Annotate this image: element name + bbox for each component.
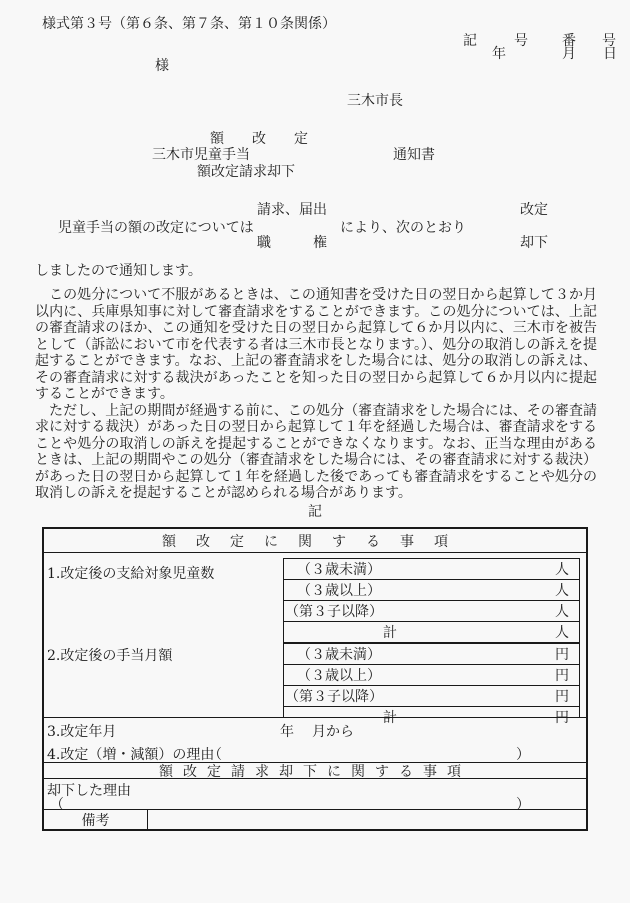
age-band-label: （３歳未満） xyxy=(284,644,555,664)
revision-date-and-reason-section: 3.改定年月 年 月から 4.改定（増・減額）の理由 （ ） xyxy=(44,718,586,762)
opening-lead: 児童手当の額の改定については xyxy=(58,221,254,236)
title-main-left: 三木市児童手当 xyxy=(152,148,250,163)
age-band-label: （第３子以降） xyxy=(284,601,555,621)
details-table: 額改定に関する事項 1.改定後の支給対象児童数 2.改定後の手当月額 （３歳未満… xyxy=(42,527,588,831)
unit-label: 人 xyxy=(555,622,579,642)
row3-year-label: 年 xyxy=(280,721,294,741)
table-row: （３歳未満） 円 xyxy=(284,644,579,665)
age-band-label: （３歳以上） xyxy=(284,665,555,685)
rejection-paren-open: （ xyxy=(50,794,64,814)
unit-label: 人 xyxy=(555,580,579,600)
table-row: （第３子以降） 人 xyxy=(284,601,579,622)
row1-label: 1.改定後の支給対象児童数 xyxy=(47,563,214,583)
section2-header: 額改定請求却下に関する事項 xyxy=(44,762,586,779)
opening-closing: しましたので通知します。 xyxy=(35,264,202,279)
age-band-label: （第３子以降） xyxy=(284,686,555,706)
choice-action-bottom: 却下 xyxy=(520,236,548,251)
sender-name: 三木市長 xyxy=(347,94,403,109)
rejection-paren-close: ） xyxy=(516,794,530,814)
title-option-amount-revision: 額改定 xyxy=(210,132,336,147)
unit-label: 円 xyxy=(555,665,579,685)
opening-middle: により、次のとおり xyxy=(340,221,466,236)
row4-label: 4.改定（増・減額）の理由 xyxy=(47,744,214,764)
ref-number-char: 記 xyxy=(463,34,477,49)
row3-month-from-label: 月から xyxy=(312,721,354,741)
table-row: 計 人 xyxy=(284,622,579,643)
table-row: （３歳未満） 人 xyxy=(284,559,579,580)
table-row: （３歳以上） 人 xyxy=(284,580,579,601)
amount-rows: （３歳未満） 人 （３歳以上） 人 （第３子以降） 人 計 人 （３歳未満） 円 xyxy=(283,558,580,717)
row3-label: 3.改定年月 xyxy=(47,721,116,741)
unit-label: 円 xyxy=(555,686,579,706)
row4-paren-close: ） xyxy=(516,744,530,764)
unit-label: 円 xyxy=(555,644,579,664)
unit-label: 人 xyxy=(555,601,579,621)
form-number: 様式第３号（第６条、第７条、第１０条関係） xyxy=(42,17,336,32)
title-option-rejection: 額改定請求却下 xyxy=(197,165,295,180)
appeal-paragraph-1: この処分について不服があるときは、この通知書を受けた日の翌日から起算して３か月以… xyxy=(35,287,597,403)
children-and-amount-section: 1.改定後の支給対象児童数 2.改定後の手当月額 （３歳未満） 人 （３歳以上）… xyxy=(44,553,586,718)
remarks-section: 備考 xyxy=(44,810,586,829)
choice-basis-top: 請求、届出 xyxy=(257,203,327,218)
date-month-label: 月 xyxy=(562,47,576,62)
row2-label: 2.改定後の手当月額 xyxy=(47,645,172,665)
choice-action-top: 改定 xyxy=(520,203,548,218)
ki-marker: 記 xyxy=(0,501,630,521)
rejection-reason-section: 却下した理由 （ ） xyxy=(44,779,586,810)
date-day-label: 日 xyxy=(603,47,617,62)
unit-label: 人 xyxy=(555,559,579,579)
title-main-right: 通知書 xyxy=(393,148,435,163)
addressee-suffix: 様 xyxy=(155,59,169,74)
appeal-paragraph-2: ただし、上記の期間が経過する前に、この処分（審査請求をした場合には、その審査請求… xyxy=(35,403,597,502)
document-page: 様式第３号（第６条、第７条、第１０条関係） 記 号 番 号 年 月 日 様 三木… xyxy=(0,0,630,903)
choice-basis-bottom: 職 権 xyxy=(257,236,327,251)
table-row: （３歳以上） 円 xyxy=(284,665,579,686)
age-band-label: 計 xyxy=(284,622,555,642)
age-band-label: （３歳未満） xyxy=(284,559,555,579)
row4-paren-open: （ xyxy=(208,744,222,764)
date-year-label: 年 xyxy=(492,47,506,62)
section1-header: 額改定に関する事項 xyxy=(44,529,586,553)
age-band-label: （３歳以上） xyxy=(284,580,555,600)
appeal-instructions: この処分について不服があるときは、この通知書を受けた日の翌日から起算して３か月以… xyxy=(35,287,597,502)
table-row: （第３子以降） 円 xyxy=(284,686,579,707)
ref-number-char: 号 xyxy=(514,34,528,49)
